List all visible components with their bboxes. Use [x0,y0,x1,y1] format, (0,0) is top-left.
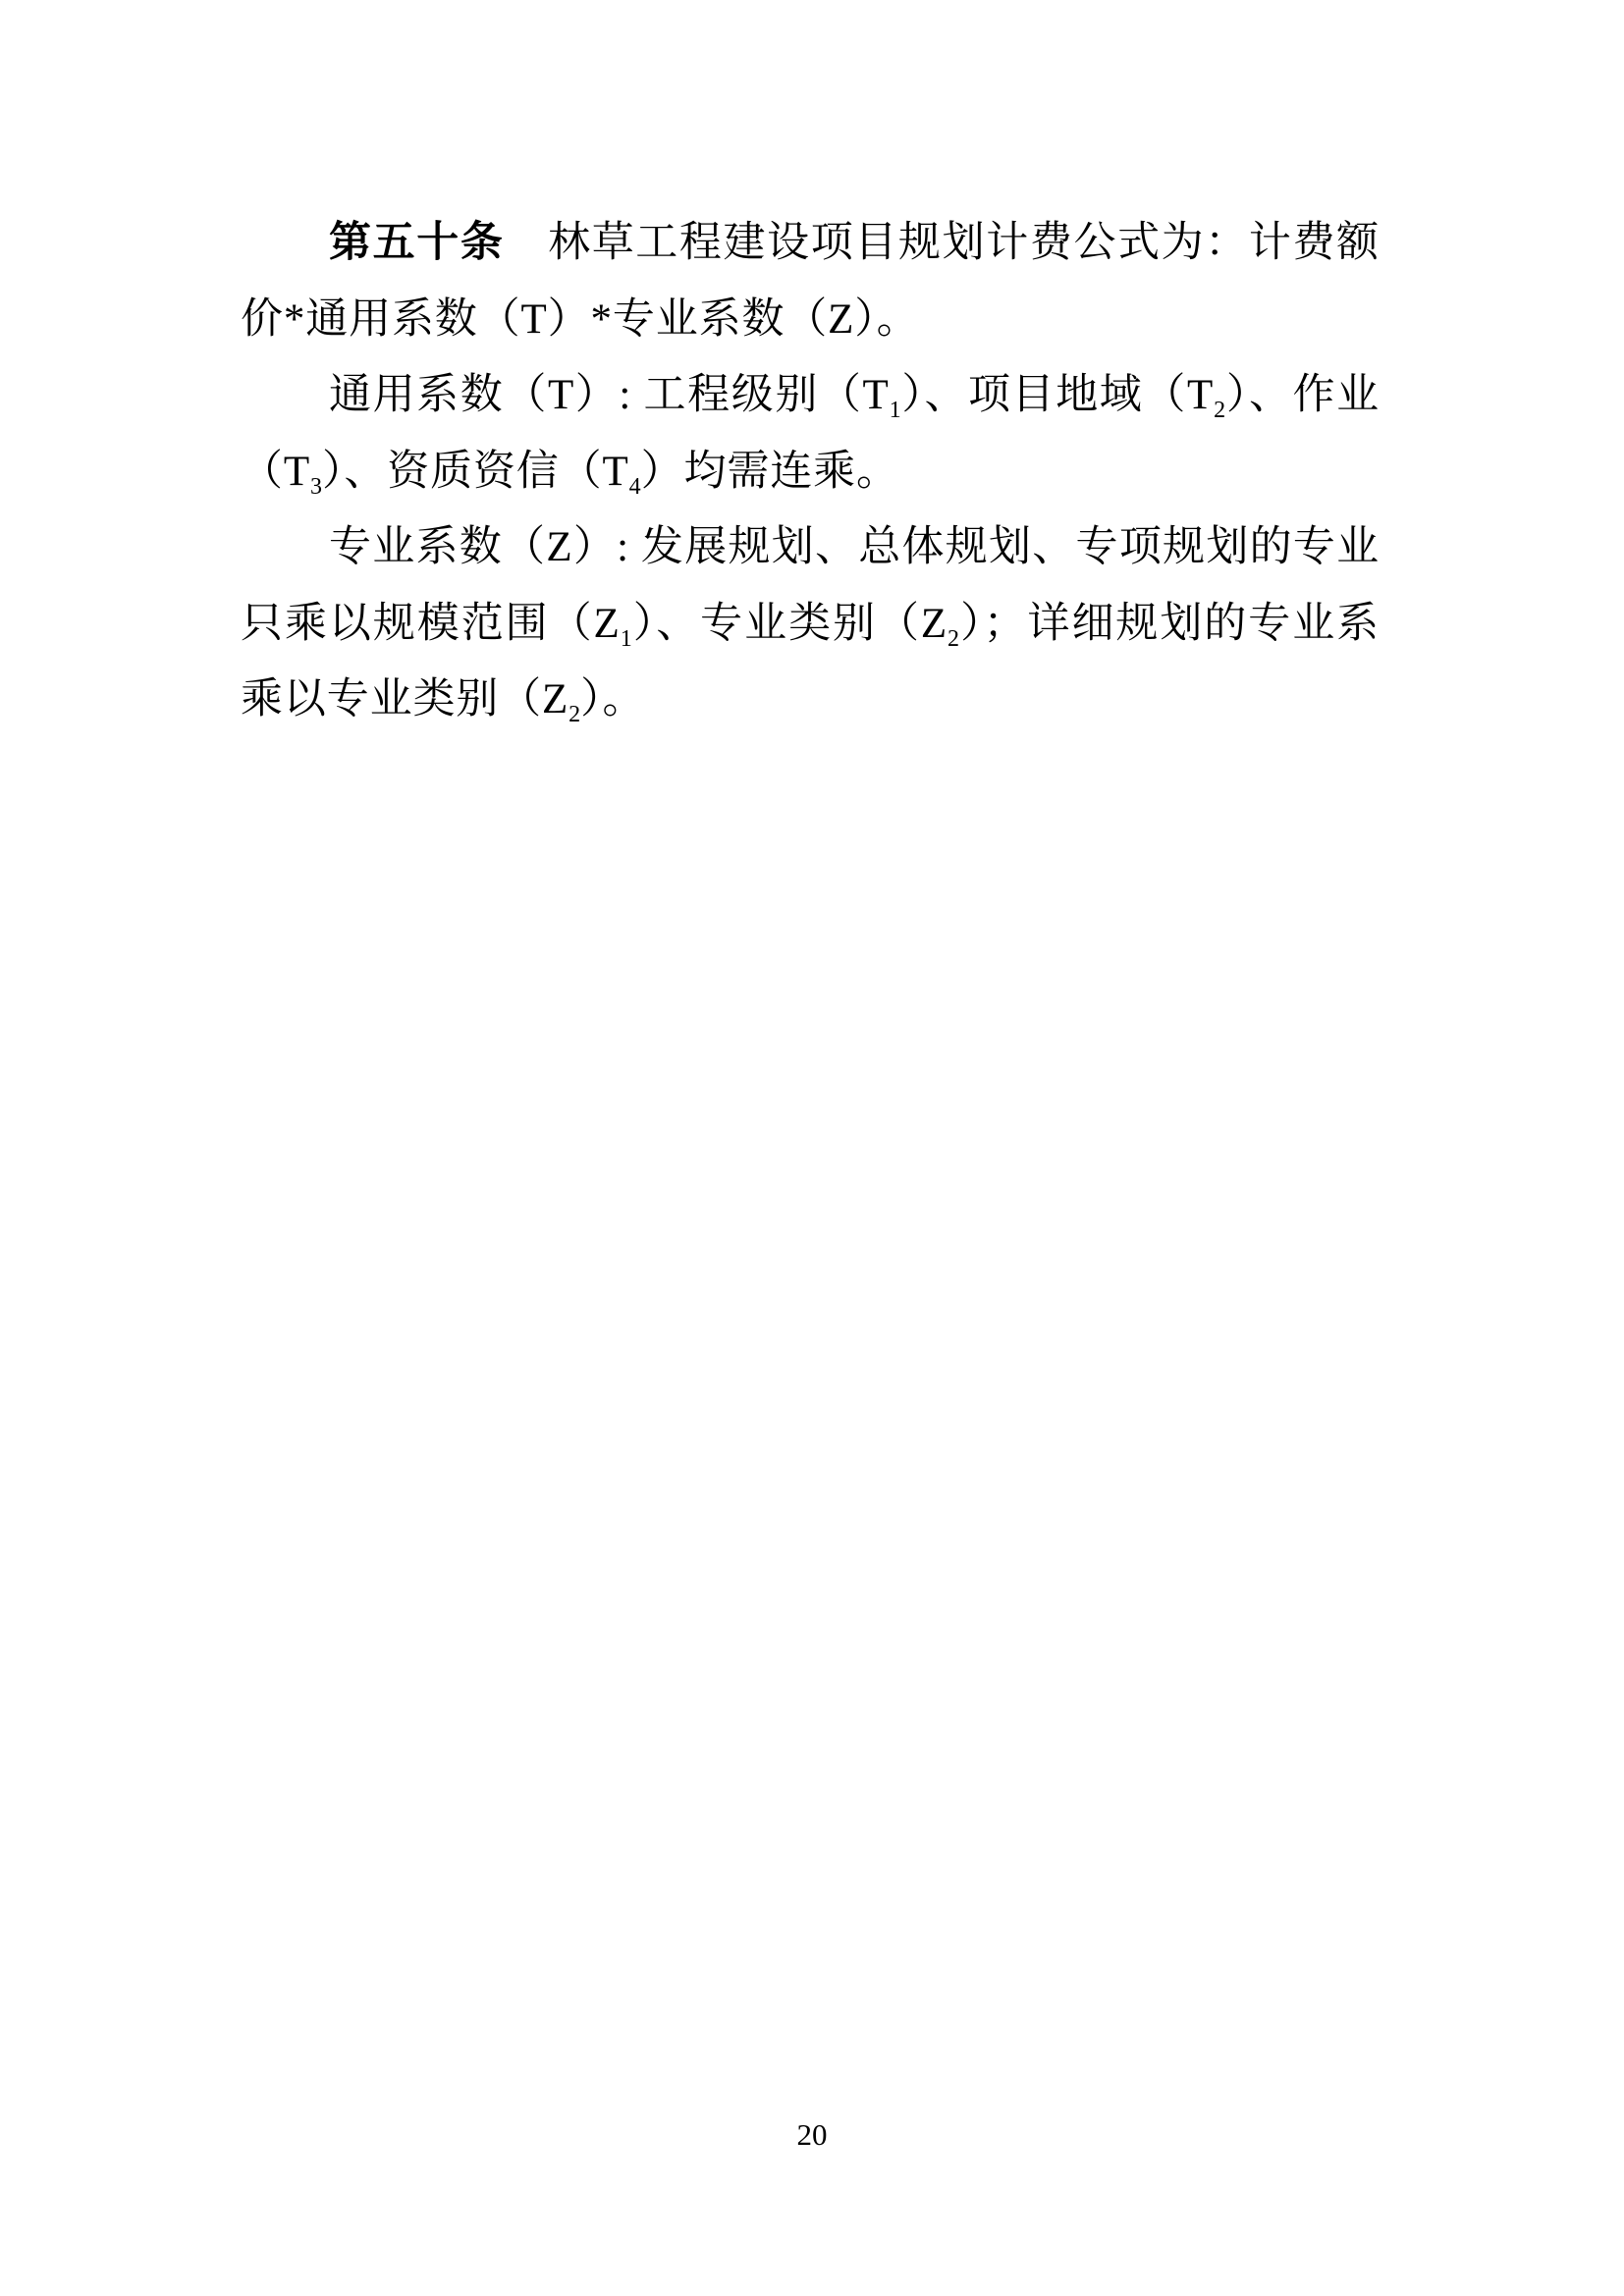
text-line: 价*通用系数（T）*专业系数（Z）。 [241,282,1380,358]
document-body: 第五十条 林草工程建设项目规划计费公式为：计费额=基价*通用系数（T）*专业系数… [241,205,1380,738]
text-line: 乘以专业类别（Z2）。 [241,662,1380,738]
text-segment: ）。 [580,676,645,722]
subscript-digit: 2 [947,626,959,652]
text-segment: 只乘以规模范围（Z [241,601,621,647]
text-segment: ）、资质资信（T [322,449,629,495]
page-footer: 20 [0,2117,1624,2153]
text-line: （T3）、资质资信（T4）均需连乘。 [241,434,1380,510]
subscript-digit: 2 [568,702,580,727]
subscript-digit: 4 [629,474,641,500]
text-line: 第五十条 林草工程建设项目规划计费公式为：计费额=基 [241,205,1380,282]
subscript-digit: 2 [1214,398,1225,423]
text-segment: ）、专业类别（Z [632,601,947,647]
subscript-digit: 3 [310,474,322,500]
page-number: 20 [797,2117,828,2152]
text-segment: 通用系数（T）: 工程级别（T [329,372,890,418]
subscript-digit: 1 [621,626,632,652]
text-segment: ）均需连乘。 [641,449,899,495]
text-segment: 乘以专业类别（Z [241,676,568,722]
text-segment: 专业系数（Z）: 发展规划、总体规划、专项规划的专业系数 [241,524,1380,586]
text-segment: （T [241,449,310,495]
article-number: 第五十条 [329,220,504,266]
text-line: 专业系数（Z）: 发展规划、总体规划、专项规划的专业系数 [241,509,1380,586]
text-line: 只乘以规模范围（Z1）、专业类别（Z2）；详细规划的专业系数只 [241,586,1380,663]
subscript-digit: 1 [890,398,901,423]
text-segment: ）、项目地域（T [901,372,1215,418]
text-line: 通用系数（T）: 工程级别（T1）、项目地域（T2）、作业区域 [241,357,1380,434]
text-segment: 价*通用系数（T）*专业系数（Z）。 [241,296,920,343]
document-page: 第五十条 林草工程建设项目规划计费公式为：计费额=基价*通用系数（T）*专业系数… [0,0,1624,2296]
